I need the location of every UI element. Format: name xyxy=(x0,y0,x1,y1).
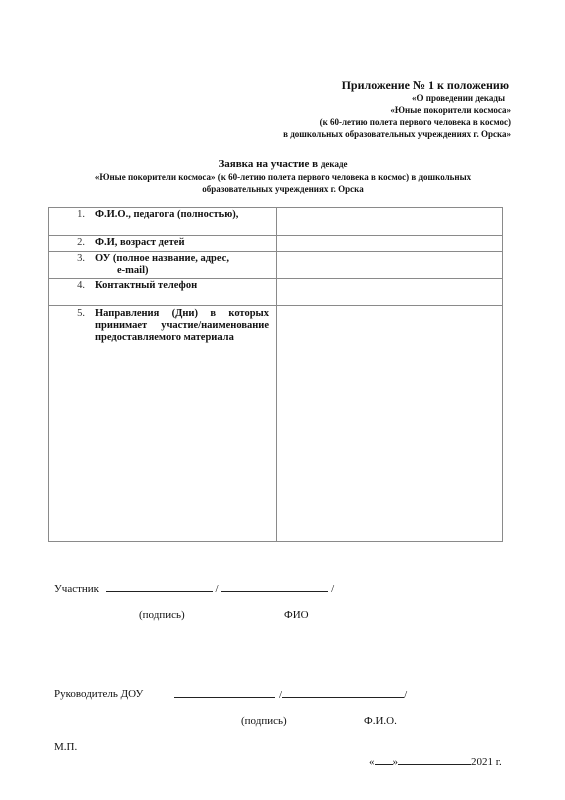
participant-name-field[interactable] xyxy=(221,582,328,592)
field-label-cell: 5. Направления (Дни) в которых принимает… xyxy=(49,306,277,542)
head-label: Руководитель ДОУ xyxy=(54,688,143,700)
field-label-teacher-name: Ф.И.О., педагога (полностью), xyxy=(95,209,272,221)
field-label-cell: 2. Ф.И, возраст детей xyxy=(49,236,277,252)
separator: / xyxy=(404,689,407,701)
row-number: 5. xyxy=(49,308,95,344)
table-row: 4. Контактный телефон xyxy=(49,279,503,306)
field-label-institution: ОУ (полное название, адрес, e-mail) xyxy=(95,253,272,277)
form-title-main: Заявка на участие в xyxy=(218,158,318,170)
head-signature-line: // xyxy=(174,688,407,701)
separator: / xyxy=(331,583,334,595)
field-label-cell: 1. Ф.И.О., педагога (полностью), xyxy=(49,208,277,236)
field-label-directions: Направления (Дни) в которых принимает уч… xyxy=(95,308,272,344)
form-subtitle-line2: образовательных учреждениях г. Орска xyxy=(48,184,518,194)
participant-signature-field[interactable] xyxy=(106,582,213,592)
appendix-line: «Юные покорители космоса» xyxy=(390,105,511,115)
form-title: Заявка на участие в декаде xyxy=(48,158,518,170)
field-value-directions[interactable] xyxy=(277,306,503,542)
date-day-field[interactable] xyxy=(375,755,393,765)
form-title-suffix: декаде xyxy=(321,159,348,169)
table-row: 5. Направления (Дни) в которых принимает… xyxy=(49,306,503,542)
date-line: «»2021 г. xyxy=(369,755,502,768)
table-row: 2. Ф.И, возраст детей xyxy=(49,236,503,252)
head-name-field[interactable] xyxy=(282,688,404,698)
field-label-institution-email: e-mail) xyxy=(95,265,272,277)
appendix-title: Приложение № 1 к положению xyxy=(342,78,509,93)
field-value-teacher-name[interactable] xyxy=(277,208,503,236)
head-signature-field[interactable] xyxy=(174,688,275,698)
field-value-phone[interactable] xyxy=(277,279,503,306)
separator: / xyxy=(216,583,219,595)
field-label-institution-text: ОУ (полное название, адрес, xyxy=(95,253,229,264)
field-label-children: Ф.И, возраст детей xyxy=(95,237,272,249)
form-subtitle-line1: «Юные покорители космоса» (к 60-летию по… xyxy=(48,172,518,182)
field-label-phone: Контактный телефон xyxy=(95,280,272,292)
appendix-line: (к 60-летию полета первого человека в ко… xyxy=(320,117,511,127)
application-form-table: 1. Ф.И.О., педагога (полностью), 2. Ф.И,… xyxy=(48,207,503,542)
table-row: 1. Ф.И.О., педагога (полностью), xyxy=(49,208,503,236)
field-label-cell: 4. Контактный телефон xyxy=(49,279,277,306)
appendix-line: в дошкольных образовательных учреждениях… xyxy=(283,129,511,139)
row-number: 1. xyxy=(49,209,95,221)
participant-caption-signature: (подпись) xyxy=(139,609,185,621)
row-number: 2. xyxy=(49,237,95,249)
head-caption-name: Ф.И.О. xyxy=(364,715,397,727)
field-value-children[interactable] xyxy=(277,236,503,252)
field-value-institution[interactable] xyxy=(277,252,503,279)
participant-signature-line: Участник / / xyxy=(54,582,334,595)
row-number: 3. xyxy=(49,253,95,277)
row-number: 4. xyxy=(49,280,95,292)
date-year: 2021 г. xyxy=(471,756,502,768)
date-month-field[interactable] xyxy=(398,755,471,765)
participant-label: Участник xyxy=(54,583,99,595)
appendix-line: «О проведении декады xyxy=(412,93,505,103)
table-row: 3. ОУ (полное название, адрес, e-mail) xyxy=(49,252,503,279)
field-label-cell: 3. ОУ (полное название, адрес, e-mail) xyxy=(49,252,277,279)
stamp-label: М.П. xyxy=(54,741,77,753)
head-caption-signature: (подпись) xyxy=(241,715,287,727)
participant-caption-name: ФИО xyxy=(284,609,309,621)
